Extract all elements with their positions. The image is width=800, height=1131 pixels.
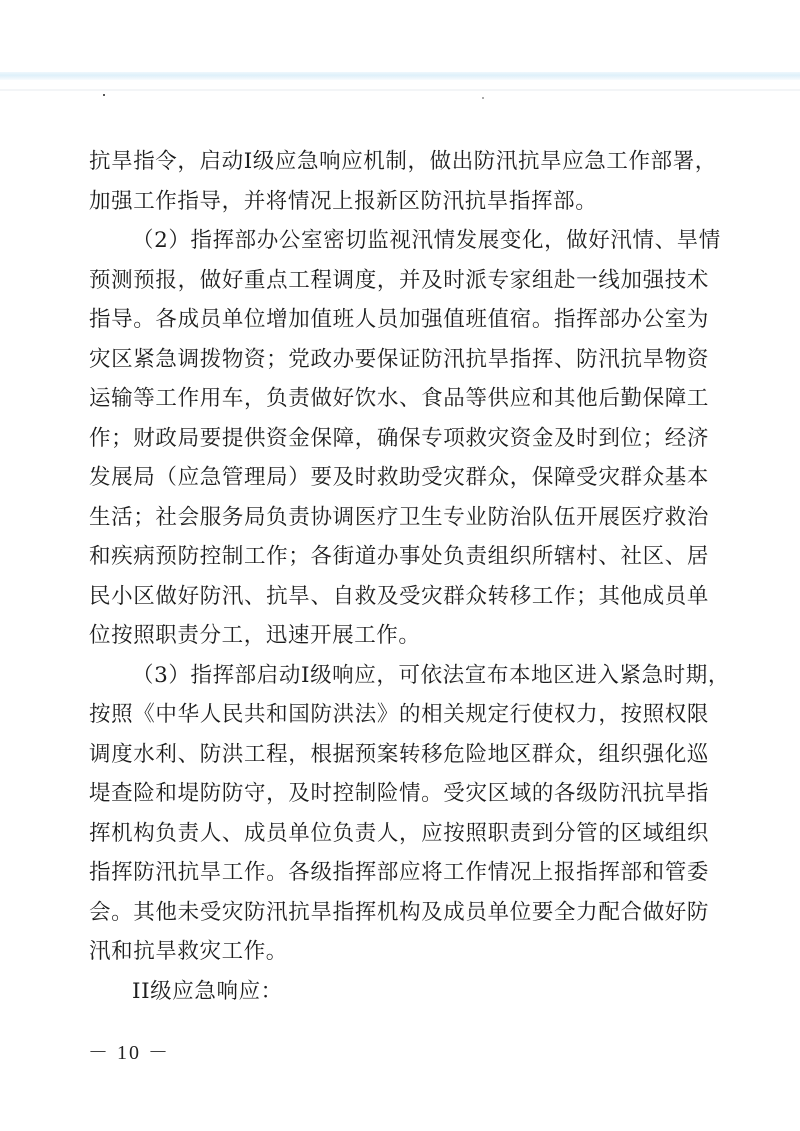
text-line: 挥机构负责人、成员单位负责人，应按照职责到分管的区域组织 — [89, 819, 709, 859]
text-line: 和疾病预防控制工作；各街道办事处负责组织所辖村、社区、居 — [89, 542, 709, 582]
text-line: 指挥防汛抗旱工作。各级指挥部应将工作情况上报指挥部和管委 — [89, 858, 709, 898]
document-body: 抗旱指令，启动I级应急响应机制，做出防汛抗旱应急工作部署， 加强工作指导，并将情… — [89, 147, 709, 1016]
section-heading-level-2-response: II级应急响应： — [89, 977, 709, 1017]
scan-speck — [482, 97, 484, 99]
scan-speck — [103, 94, 105, 96]
text-line: 作；财政局要提供资金保障，确保专项救灾资金及时到位；经济 — [89, 424, 709, 464]
text-line: 调度水利、防洪工程，根据预案转移危险地区群众，组织强化巡 — [89, 740, 709, 780]
text-line: 灾区紧急调拨物资；党政办要保证防汛抗旱指挥、防汛抗旱物资 — [89, 345, 709, 385]
text-line: 指导。各成员单位增加值班人员加强值班值宿。指挥部办公室为 — [89, 305, 709, 345]
scan-artifact-line — [0, 89, 800, 91]
page-number: － 10 － — [88, 1036, 170, 1065]
text-line: 加强工作指导，并将情况上报新区防汛抗旱指挥部。 — [89, 187, 709, 227]
text-line: 堤查险和堤防防守，及时控制险情。受灾区域的各级防汛抗旱指 — [89, 779, 709, 819]
text-line: 运输等工作用车，负责做好饮水、食品等供应和其他后勤保障工 — [89, 384, 709, 424]
paragraph-3-start: （3）指挥部启动I级响应，可依法宣布本地区进入紧急时期， — [89, 661, 709, 701]
text-line: 民小区做好防汛、抗旱、自救及受灾群众转移工作；其他成员单 — [89, 582, 709, 622]
scan-artifact-band — [0, 72, 800, 80]
paragraph-2-start: （2）指挥部办公室密切监视汛情发展变化，做好汛情、旱情 — [89, 226, 709, 266]
text-line: 位按照职责分工，迅速开展工作。 — [89, 621, 709, 661]
text-line: 发展局（应急管理局）要及时救助受灾群众，保障受灾群众基本 — [89, 463, 709, 503]
text-line: 按照《中华人民共和国防洪法》的相关规定行使权力，按照权限 — [89, 700, 709, 740]
text-line: 汛和抗旱救灾工作。 — [89, 937, 709, 977]
text-line: 抗旱指令，启动I级应急响应机制，做出防汛抗旱应急工作部署， — [89, 147, 709, 187]
text-line: 预测预报，做好重点工程调度，并及时派专家组赴一线加强技术 — [89, 266, 709, 306]
text-line: 会。其他未受灾防汛抗旱指挥机构及成员单位要全力配合做好防 — [89, 898, 709, 938]
text-line: 生活；社会服务局负责协调医疗卫生专业防治队伍开展医疗救治 — [89, 503, 709, 543]
